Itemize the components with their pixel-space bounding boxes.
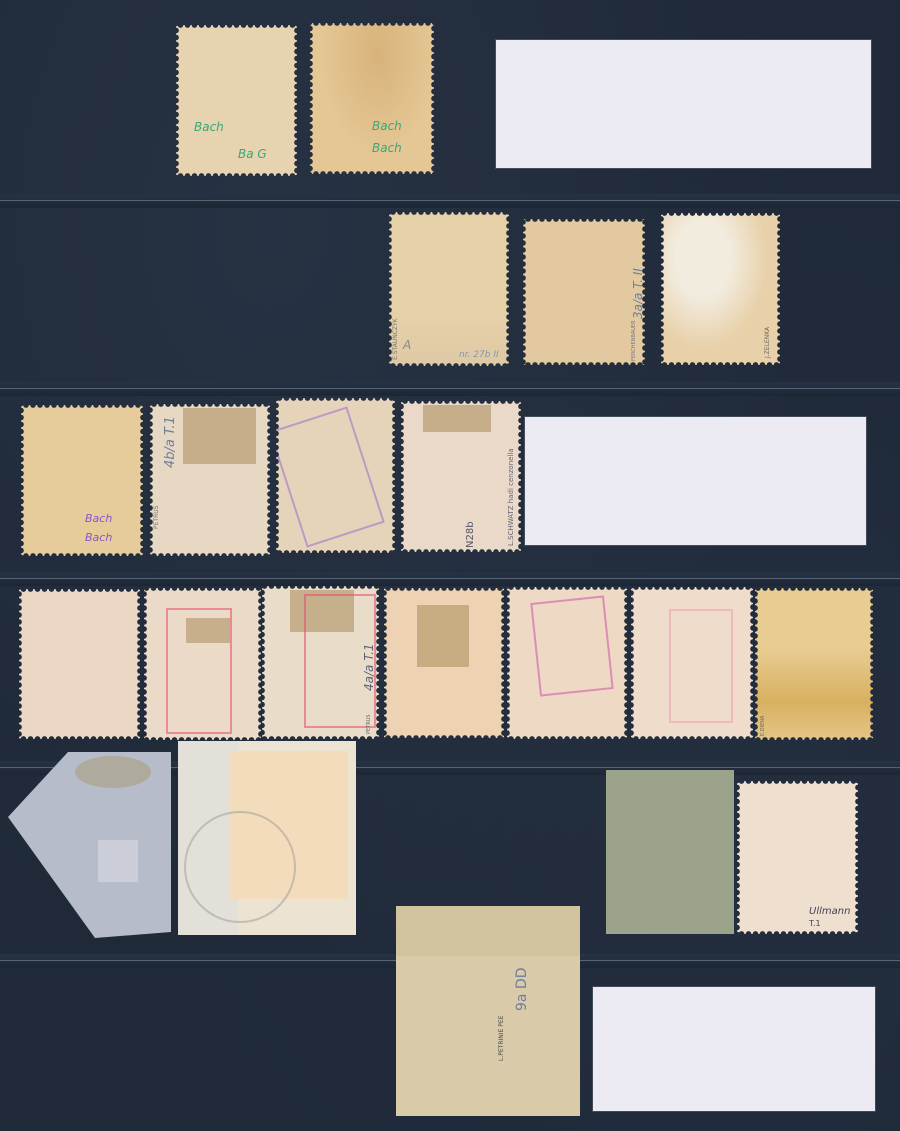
stamp[interactable]: E.STAUNCZYK A nr. 27b II [389,212,509,366]
stamp[interactable]: 3a/a T. II FERCHENBAUER [523,219,645,365]
pencil-annotation: Bach [85,531,112,544]
expert-mark: E.DIENA [760,716,766,736]
expert-mark: L.SCHWATZ hadi cenzonella [507,448,515,546]
hinge-remnant [186,618,230,643]
expert-mark: L.PETRINIE PEE [498,1016,505,1061]
pencil-annotation: 9a DD [514,968,530,1012]
stamp-back [19,589,140,739]
strip-divider [0,578,900,579]
strip-divider [0,388,900,389]
stamp[interactable] [144,588,261,740]
stamp[interactable]: Bach Bach [21,405,143,556]
stamp[interactable] [19,589,140,739]
pencil-annotation: Ba G [238,147,267,161]
stamp[interactable] [384,588,504,738]
blank-label [593,987,875,1111]
blank-label [496,40,871,168]
pencil-annotation: Bach [85,512,112,525]
blank-label [525,417,866,545]
stamp-back [755,588,873,740]
pencil-annotation: T.1 [809,919,821,928]
expert-mark: J.ZELENKA [764,327,771,358]
stamp[interactable]: Bach Bach [310,23,434,174]
pencil-annotation: 4a/a T.1 [362,643,376,691]
expert-mark: FERCHENBAUER [631,320,637,361]
stamp-piece[interactable] [8,752,173,938]
stamp-back [661,213,780,365]
stamp[interactable] [276,398,395,553]
pencil-annotation: 3a/a T. II [631,268,645,319]
stamp-back [21,405,143,556]
pencil-annotation: A [403,338,411,352]
strip-divider [0,200,900,201]
expert-mark: PETRUS [366,714,372,734]
hinge-band [396,906,580,956]
stockbook-page: Bach Ba G Bach Bach E.STAUNCZYK A nr. 27… [0,0,900,1131]
stamp[interactable] [631,587,753,739]
stamp[interactable]: Ullmann T.1 [737,781,858,934]
pencil-annotation: Bach [372,141,402,155]
pencil-signature: Ullmann [809,906,850,917]
hinge-remnant [183,408,256,464]
stamp[interactable]: 4b/a T.1 PETRUS [150,404,270,556]
pink-cancel [669,609,733,723]
strip-shadow [0,194,900,208]
stamp-piece[interactable] [178,741,356,935]
hinge-remnant [417,605,469,667]
expert-mark: PETRUS [153,506,160,529]
pencil-annotation: N28b [465,521,476,548]
stamp-imperforate[interactable] [606,770,734,934]
stamp[interactable] [507,587,627,739]
expert-mark: E.STAUNCZYK [392,318,399,360]
stamp-back [523,219,645,365]
postmark [184,811,296,923]
stamp-piece[interactable]: 9a DD L.PETRINIE PEE [396,906,580,1116]
pencil-annotation: Bach [194,120,224,134]
stamp[interactable]: J.ZELENKA [661,213,780,365]
pencil-annotation: 4b/a T.1 [163,416,178,468]
magenta-cancel [530,595,613,696]
stamp[interactable]: E.DIENA [755,588,873,740]
stamp[interactable]: 4a/a T.1 PETRUS [262,586,379,739]
hinge-remnant [423,405,491,432]
stamp-back [176,25,297,176]
stamp[interactable]: N28b L.SCHWATZ hadi cenzonella [401,401,521,552]
strip-shadow [0,572,900,586]
strip-shadow [0,382,900,396]
pencil-annotation: nr. 27b II [459,350,499,360]
stamp[interactable]: Bach Ba G [176,25,297,176]
pencil-annotation: Bach [372,119,402,133]
